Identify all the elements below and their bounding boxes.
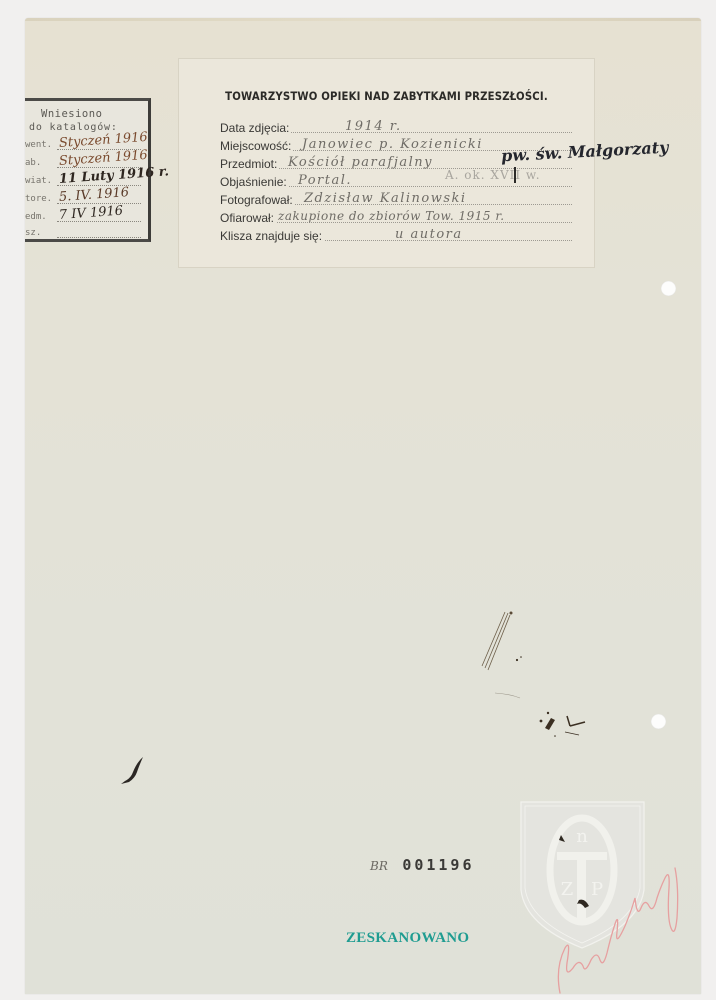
field-label: Fotografował: [220, 193, 295, 207]
field-photographer: Fotografował: Zdzisław Kalinowski [220, 192, 572, 209]
document-page: Wniesiono do katalogów: went. Styczeń 19… [25, 18, 701, 994]
field-label: Miejscowość: [220, 139, 293, 153]
scanned-stamp: ZESKANOWANO [346, 930, 469, 947]
inventory-prefix: BR [370, 859, 388, 873]
stamp-row-label: went. [25, 140, 52, 150]
field-negative-location: Klisza znajduje się: u autora [220, 228, 572, 245]
ink-scratches [475, 608, 675, 748]
inventory-digits: 001196 [402, 856, 474, 874]
field-value: u autora [395, 227, 463, 242]
stamp-row-label: tore. [25, 194, 52, 204]
field-photo-date: Data zdjęcia: 1914 r. [220, 120, 572, 137]
field-value: Zdzisław Kalinowski [304, 191, 467, 206]
field-label: Ofiarował: [220, 211, 276, 225]
red-signature [545, 828, 695, 998]
catalogue-entry-stamp: Wniesiono do katalogów: went. Styczeń 19… [25, 98, 151, 242]
field-value: Portal. [298, 173, 352, 188]
page-top-edge [25, 18, 701, 21]
inventory-number: BR 001196 [370, 856, 475, 875]
stamp-row-label: sz. [25, 228, 41, 238]
dotted-line [57, 237, 141, 238]
field-label: Data zdjęcia: [220, 121, 291, 135]
ink-stroke [514, 167, 516, 183]
field-value: zakupione do zbiorów Tow. 1915 r. [278, 209, 505, 223]
stamp-row: sz. [25, 225, 147, 243]
field-value: 1914 r. [345, 119, 402, 134]
field-value: Janowiec p. Kozienicki [302, 137, 483, 152]
field-label: Objaśnienie: [220, 175, 289, 189]
stamp-row-label: wiat. [25, 176, 52, 186]
card-title: TOWARZYSTWO OPIEKI NAD ZABYTKAMI PRZESZŁ… [204, 89, 569, 103]
field-label: Przedmiot: [220, 157, 279, 171]
ink-stain [115, 754, 155, 794]
field-value: Kościół parafjalny [288, 155, 433, 170]
stamp-row-label: edm. [25, 212, 47, 222]
field-label: Klisza znajduje się: [220, 229, 324, 243]
stamp-row-label: ab. [25, 158, 41, 168]
punch-hole [661, 281, 676, 296]
stamp-title: Wniesiono [41, 108, 102, 120]
pencil-annotation: A. ok. XVII w. [445, 168, 541, 182]
stamp-subtitle: do katalogów: [29, 122, 118, 133]
field-donor: Ofiarował: zakupione do zbiorów Tow. 191… [220, 210, 572, 227]
